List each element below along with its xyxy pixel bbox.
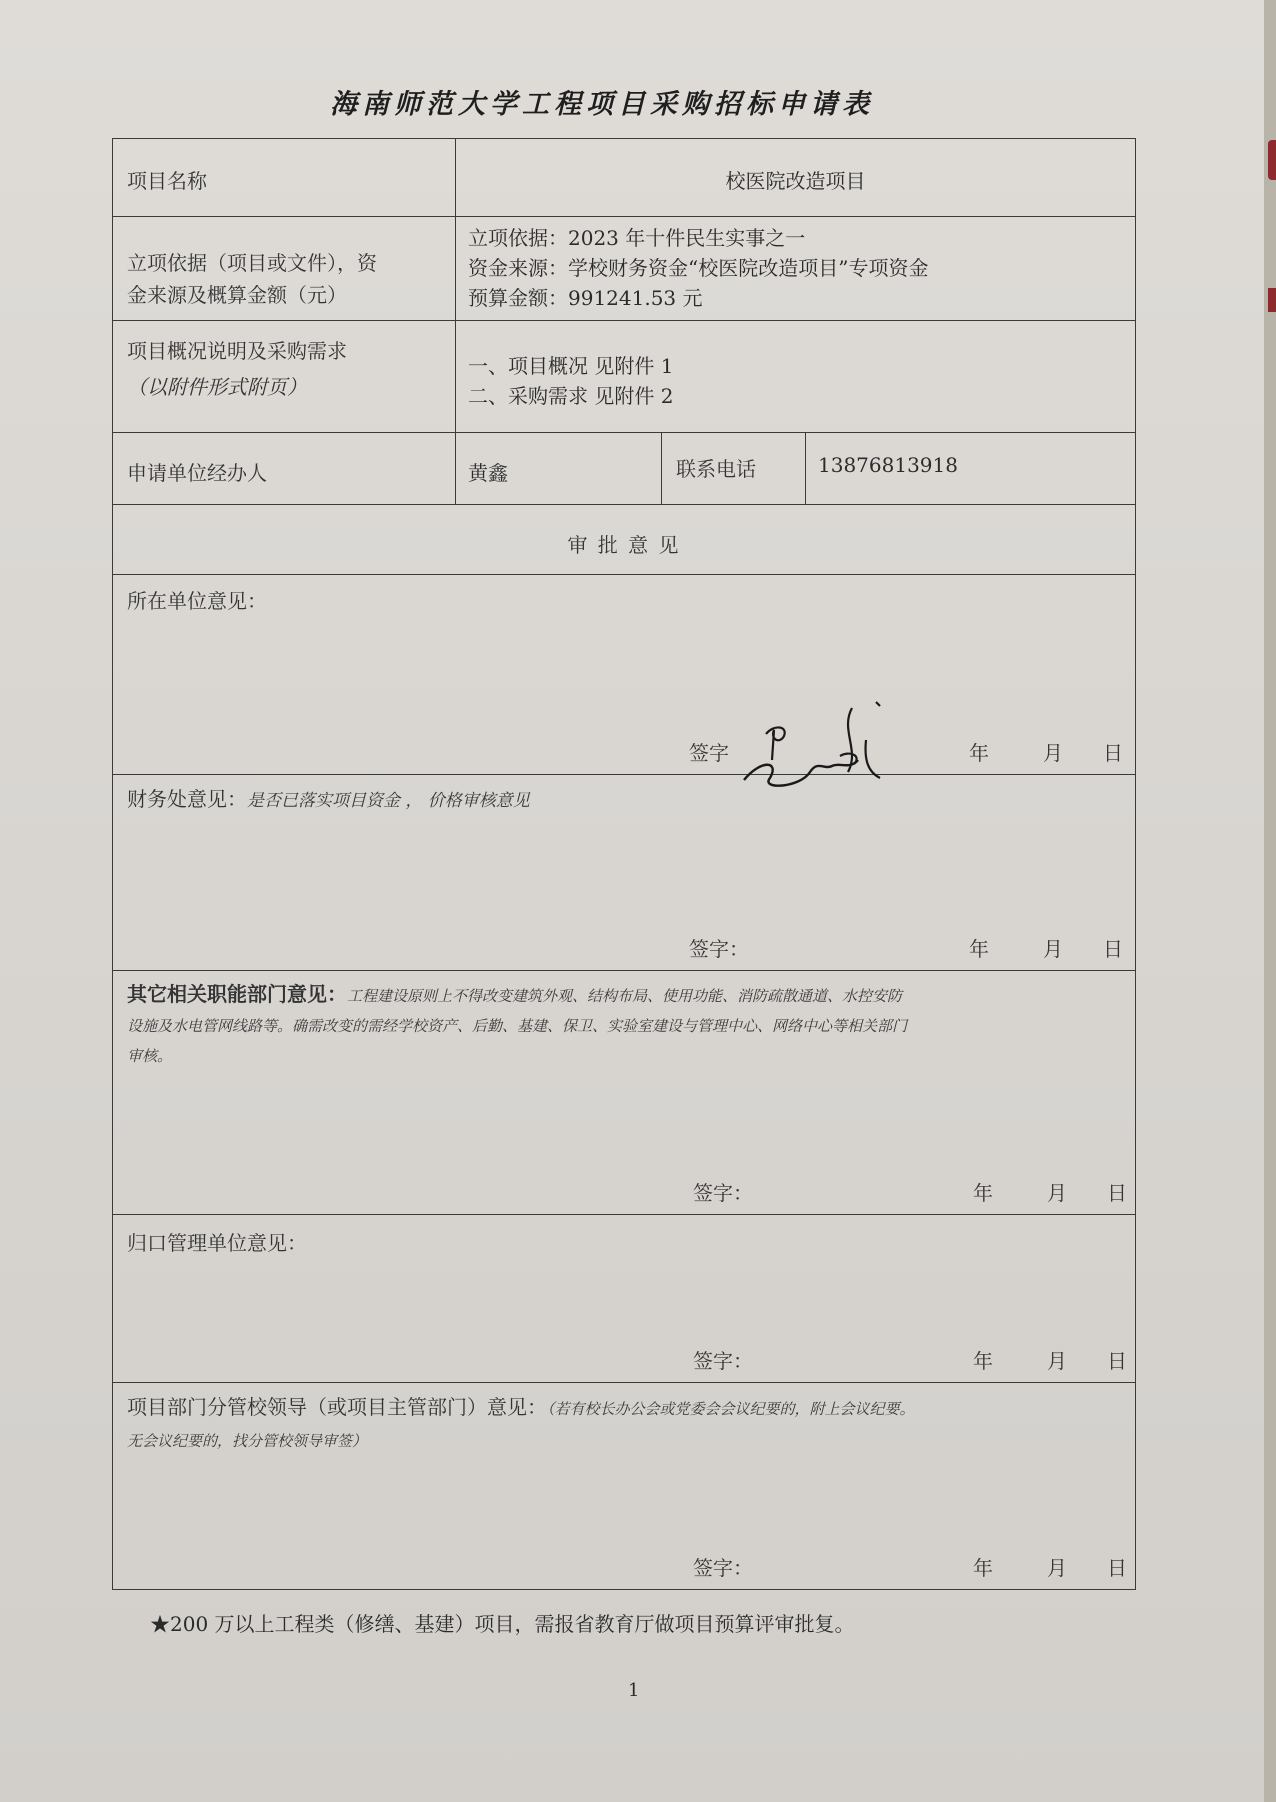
year-label: 年	[973, 1552, 993, 1581]
other-departments-label: 其它相关职能部门意见：	[127, 982, 347, 1006]
page-number: 1	[628, 1680, 639, 1701]
signature-label: 签字：	[693, 1177, 753, 1206]
overview-attachment-1: 一、项目概况 见附件 1	[468, 351, 673, 381]
school-leader-label: 项目部门分管校领导（或项目主管部门）意见：	[127, 1395, 547, 1419]
signature-label: 签字：	[693, 1345, 753, 1374]
phone-value: 13876813918	[818, 453, 958, 477]
day-label: 日	[1107, 1177, 1127, 1206]
signature-label: 签字：	[689, 933, 749, 962]
overview-attachment-2: 二、采购需求 见附件 2	[468, 381, 673, 411]
basis-value: 立项依据：2023 年十件民生实事之一	[468, 223, 928, 253]
handwritten-signature	[740, 700, 900, 790]
other-departments-note-line3: 审核。	[127, 1041, 1125, 1071]
funding-source-value: 资金来源：学校财务资金“校医院改造项目”专项资金	[468, 253, 928, 283]
background-surface	[1262, 0, 1276, 1802]
finance-opinion-label: 财务处意见：	[127, 787, 247, 811]
month-label: 月	[1047, 1552, 1067, 1581]
basis-label-line2: 金来源及概算金额（元）	[127, 279, 377, 311]
other-departments-note-line2: 设施及水电管网线路等。确需改变的需经学校资产、后勤、基建、保卫、实验室建设与管理…	[127, 1011, 1125, 1041]
month-label: 月	[1043, 737, 1063, 766]
section-school-leader-opinion: 项目部门分管校领导（或项目主管部门）意见：（若有校长办公会或党委会会议纪要的，附…	[113, 1383, 1135, 1589]
section-unit-opinion: 所在单位意见： 签字 年 月 日	[113, 575, 1135, 775]
day-label: 日	[1103, 933, 1123, 962]
month-label: 月	[1043, 933, 1063, 962]
section-other-departments-opinion: 其它相关职能部门意见：工程建设原则上不得改变建筑外观、结构布局、使用功能、消防疏…	[113, 971, 1135, 1215]
overview-label-line1: 项目概况说明及采购需求	[127, 333, 347, 369]
paper-sheet: 海南师范大学工程项目采购招标申请表 项目名称 校医院改造项目 立项依据（项目或文…	[0, 0, 1264, 1802]
phone-label: 联系电话	[676, 453, 756, 482]
row-project-name: 项目名称 校医院改造项目	[113, 139, 1135, 217]
school-leader-note-line2: 无会议纪要的，找分管校领导审签）	[127, 1425, 1125, 1457]
year-label: 年	[969, 933, 989, 962]
row-basis: 立项依据（项目或文件），资 金来源及概算金额（元） 立项依据：2023 年十件民…	[113, 217, 1135, 321]
applicant-name-value: 黄鑫	[468, 457, 508, 486]
row-applicant: 申请单位经办人 黄鑫 联系电话 13876813918	[113, 433, 1135, 505]
year-label: 年	[973, 1177, 993, 1206]
section-finance-opinion: 财务处意见：是否已落实项目资金 ， 价格审核意见 签字： 年 月 日	[113, 775, 1135, 971]
project-name-label: 项目名称	[127, 165, 207, 194]
basis-label-line1: 立项依据（项目或文件），资	[127, 247, 377, 279]
month-label: 月	[1047, 1177, 1067, 1206]
applicant-label: 申请单位经办人	[127, 457, 267, 486]
school-leader-note-line1: （若有校长办公会或党委会会议纪要的，附上会议纪要。	[547, 1400, 915, 1418]
year-label: 年	[973, 1345, 993, 1374]
approval-header: 审 批 意 见	[113, 529, 1135, 558]
application-form-table: 项目名称 校医院改造项目 立项依据（项目或文件），资 金来源及概算金额（元） 立…	[112, 138, 1136, 1590]
overview-label-line2: （以附件形式附页）	[127, 369, 347, 405]
row-approval-header: 审 批 意 见	[113, 505, 1135, 575]
section-management-unit-opinion: 归口管理单位意见： 签字： 年 月 日	[113, 1215, 1135, 1383]
unit-opinion-label: 所在单位意见：	[127, 585, 267, 614]
signature-label: 签字	[689, 737, 729, 766]
budget-amount-value: 预算金额：991241.53 元	[468, 283, 928, 313]
other-departments-note-line1: 工程建设原则上不得改变建筑外观、结构布局、使用功能、消防疏散通道、水控安防	[347, 987, 902, 1005]
year-label: 年	[969, 737, 989, 766]
row-overview: 项目概况说明及采购需求 （以附件形式附页） 一、项目概况 见附件 1 二、采购需…	[113, 321, 1135, 433]
finance-opinion-note: 是否已落实项目资金 ， 价格审核意见	[247, 791, 530, 811]
signature-label: 签字：	[693, 1552, 753, 1581]
day-label: 日	[1107, 1552, 1127, 1581]
project-name-value: 校医院改造项目	[456, 165, 1135, 194]
background-red-object	[1268, 288, 1276, 312]
footer-note: ★200 万以上工程类（修缮、基建）项目，需报省教育厅做项目预算评审批复。	[150, 1608, 855, 1637]
document-title: 海南师范大学工程项目采购招标申请表	[330, 82, 930, 121]
month-label: 月	[1047, 1345, 1067, 1374]
day-label: 日	[1103, 737, 1123, 766]
day-label: 日	[1107, 1345, 1127, 1374]
background-red-object	[1268, 140, 1276, 180]
management-unit-label: 归口管理单位意见：	[127, 1227, 307, 1256]
